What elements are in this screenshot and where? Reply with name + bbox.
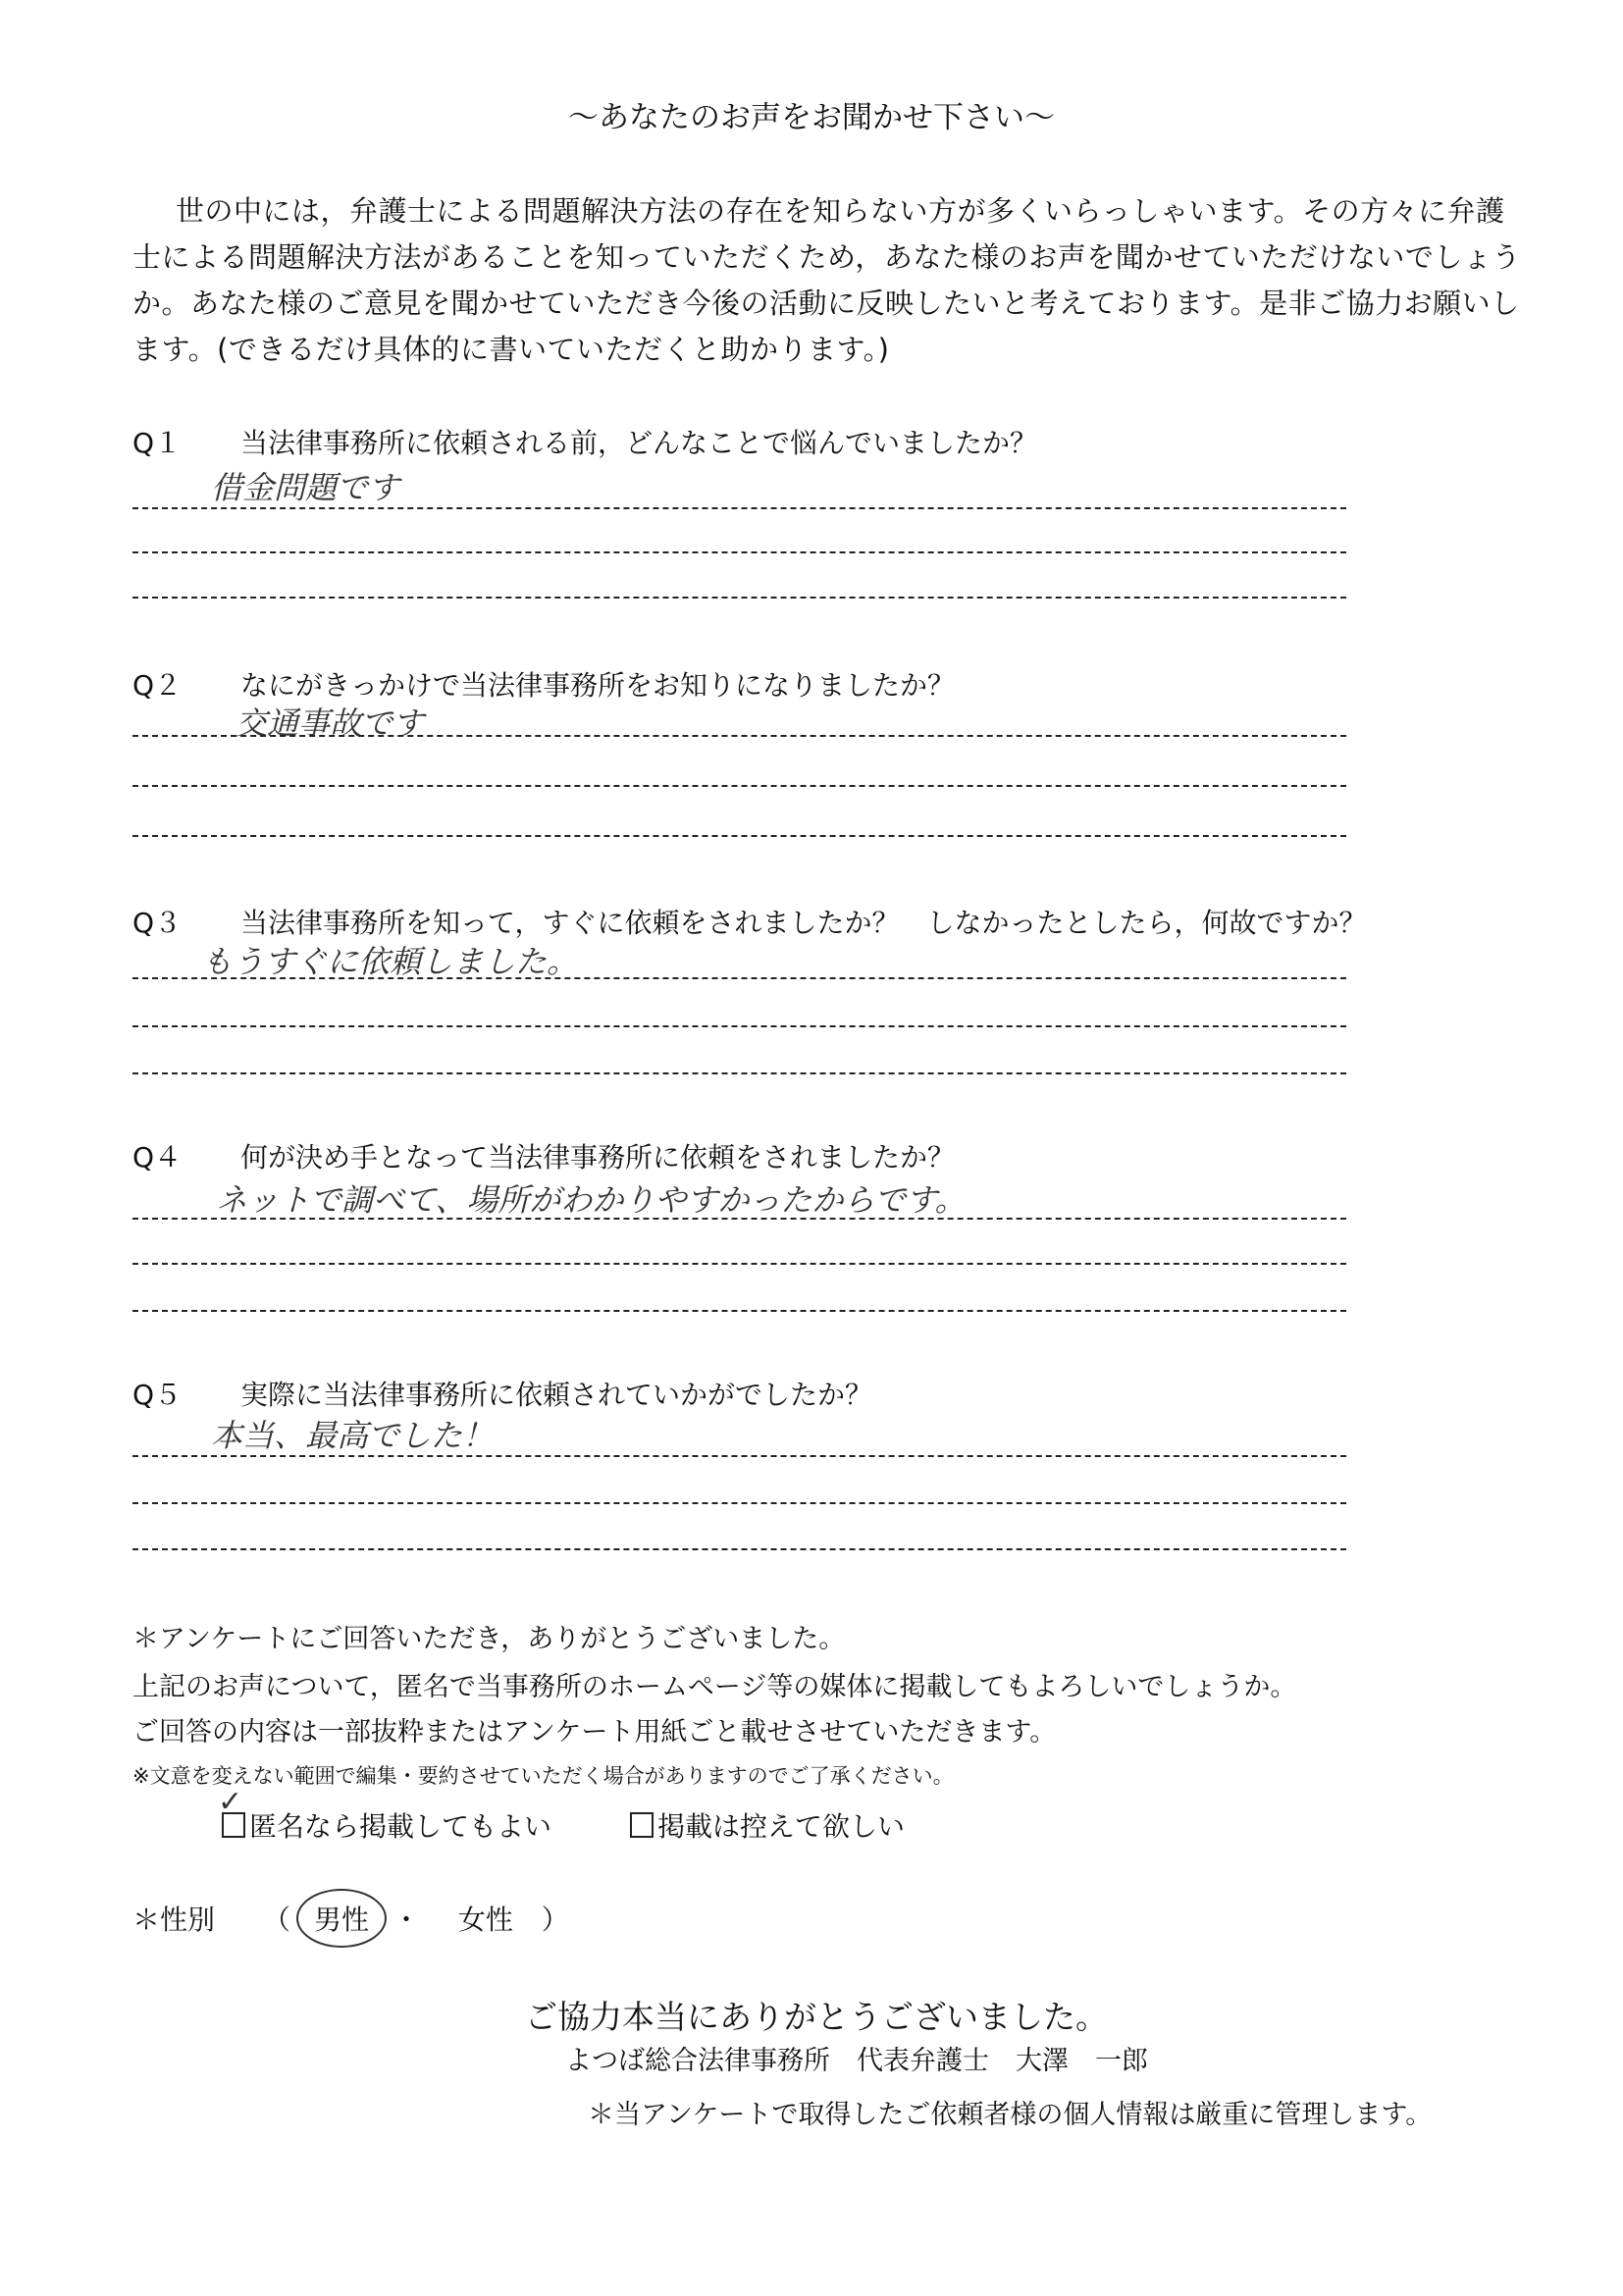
gender-separator: ・	[393, 1904, 420, 1936]
q4-text: 何が決め手となって当法律事務所に依頼をされましたか？	[240, 1136, 955, 1175]
answer-line	[132, 735, 1346, 737]
answer-line	[132, 551, 1346, 553]
footer-content-note: ご回答の内容は一部抜粋またはアンケート用紙ごと載せさせていただきます。	[132, 1710, 1056, 1748]
footer-consent-question: 上記のお声について，匿名で当事務所のホームページ等の媒体に掲載してもよろしいでし…	[132, 1665, 1296, 1703]
q5-label: Q５	[132, 1374, 182, 1413]
footer-edit-note: ※文意を変えない範囲で編集・要約させていただく場合がありますのでご了承ください。	[132, 1760, 954, 1790]
q4-label: Q４	[132, 1136, 182, 1175]
checkbox-unchecked[interactable]	[630, 1812, 654, 1838]
gender-label: ＊性別	[132, 1904, 215, 1936]
q4-answer[interactable]: ネットで調べて、場所がわかりやすかったからです。	[216, 1175, 966, 1221]
answer-line	[132, 977, 1346, 979]
gender-field: ＊性別 （男性・ 女性 ）	[132, 1889, 569, 1948]
answer-line	[132, 785, 1346, 787]
answer-line	[132, 1548, 1346, 1550]
gender-female[interactable]: 女性	[458, 1904, 513, 1936]
q2-answer[interactable]: 交通事故です	[236, 699, 424, 744]
answer-line	[132, 1025, 1346, 1027]
answer-line	[132, 835, 1346, 837]
check-mark-icon: ✓	[218, 1785, 242, 1819]
paren-close: ）	[542, 1904, 569, 1936]
footer-thanks-line: ＊アンケートにご回答いただき，ありがとうございました。	[132, 1617, 845, 1655]
page-title: ～あなたのお声をお聞かせ下さい～	[0, 92, 1623, 136]
q3-label: Q３	[132, 902, 182, 941]
q5-text: 実際に当法律事務所に依頼されていかがでしたか？	[240, 1374, 872, 1413]
answer-line	[132, 1502, 1346, 1504]
answer-line	[132, 1455, 1346, 1457]
q1-label: Q１	[132, 422, 182, 461]
answer-line	[132, 1072, 1346, 1074]
answer-line	[132, 507, 1346, 509]
q5-answer[interactable]: 本当、最高でした！	[211, 1411, 494, 1456]
q1-text: 当法律事務所に依頼される前，どんなことで悩んでいましたか？	[240, 422, 1037, 461]
intro-paragraph: 世の中には，弁護士による問題解決方法の存在を知らない方が多くいらっしゃいます。そ…	[132, 188, 1526, 373]
q2-label: Q２	[132, 664, 182, 704]
answer-line	[132, 1310, 1346, 1312]
privacy-note: ＊当アンケートで取得したご依頼者様の個人情報は厳重に管理します。	[588, 2093, 1432, 2131]
option-label: 掲載は控えて欲しい	[657, 1810, 905, 1843]
q3-answer[interactable]: もうすぐに依頼しました。	[201, 937, 578, 982]
paren-open: （	[263, 1904, 290, 1936]
closing-thanks: ご協力本当にありがとうございました。	[525, 1992, 1108, 2038]
q3-text: 当法律事務所を知って，すぐに依頼をされましたか？ しなかったとしたら，何故ですか…	[240, 902, 1366, 941]
option-label: 匿名なら掲載してもよい	[249, 1810, 551, 1843]
q1-answer[interactable]: 借金問題です	[211, 463, 399, 508]
option-do-not-publish[interactable]: 掲載は控えて欲しい	[630, 1805, 905, 1845]
answer-line	[132, 597, 1346, 599]
checkbox-checked[interactable]: ✓	[222, 1812, 245, 1838]
q2-text: なにがきっかけで当法律事務所をお知りになりましたか？	[240, 664, 955, 704]
gender-male-selected[interactable]: 男性	[296, 1889, 387, 1948]
office-signature: よつば総合法律事務所 代表弁護士 大澤 一郎	[565, 2039, 1148, 2077]
answer-line	[132, 1218, 1346, 1220]
option-publish-anonymous[interactable]: ✓匿名なら掲載してもよい	[222, 1805, 551, 1845]
answer-line	[132, 1263, 1346, 1265]
